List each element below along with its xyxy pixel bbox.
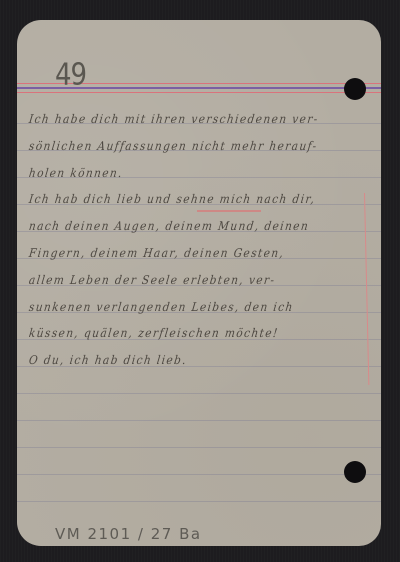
- ruling-line: [17, 447, 381, 448]
- handwritten-line: sönlichen Auffassungen nicht mehr herauf…: [28, 139, 320, 153]
- page-number: 49: [55, 58, 86, 93]
- ruling-line: [17, 501, 381, 502]
- punch-hole-top: [344, 78, 366, 100]
- handwritten-line: Fingern, deinem Haar, deinen Gesten,: [28, 246, 320, 260]
- ruling-line: [17, 474, 381, 475]
- ruling-line: [17, 393, 381, 394]
- archive-shelfmark: VM 2101 / 27 Ba: [55, 525, 202, 543]
- handwritten-line: Ich hab dich lieb und sehne mich nach di…: [28, 192, 320, 206]
- ruling-line: [17, 420, 381, 421]
- red-margin-line: [364, 193, 369, 385]
- handwritten-line: sunkenen verlangenden Leibes, den ich: [28, 300, 320, 314]
- handwritten-line: allem Leben der Seele erlebten, ver-: [28, 273, 320, 287]
- handwritten-line: Ich habe dich mit ihren verschiedenen ve…: [28, 112, 320, 126]
- handwritten-line: O du, ich hab dich lieb.: [28, 353, 320, 367]
- index-card: 49 Ich habe dich mit ihren verschiedenen…: [17, 20, 381, 546]
- handwritten-line: nach deinen Augen, deinem Mund, deinen: [28, 219, 320, 233]
- handwritten-line: küssen, quälen, zerfleischen möchte!: [28, 326, 320, 340]
- handwritten-line: holen können.: [28, 166, 320, 180]
- scan-background: 49 Ich habe dich mit ihren verschiedenen…: [0, 0, 400, 562]
- red-pencil-underline: [197, 210, 261, 212]
- punch-hole-bottom: [344, 461, 366, 483]
